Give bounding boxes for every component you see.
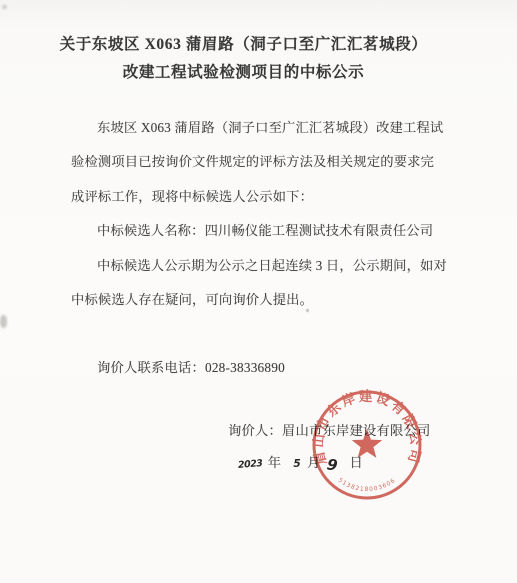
- contact-line: 询价人联系电话：028-38336890: [97, 357, 285, 376]
- handwritten-month: 5: [293, 458, 300, 470]
- contact-phone: 028-38336890: [205, 360, 285, 375]
- scanned-document-page: 关于东坡区 X063 蒲眉路（洞子口至广汇汇茗城段） 改建工程试验检测项目的中标…: [0, 0, 517, 583]
- body-line: 中标候选人名称：四川畅仪能工程测试技术有限责任公司: [71, 214, 447, 248]
- seal-code-arc: 5138218003606: [337, 478, 397, 493]
- document-body: 东坡区 X063 蒲眉路（洞子口至广汇汇茗城段）改建工程试 验检测项目已按询价文…: [71, 111, 447, 317]
- handwritten-day: 9: [325, 455, 338, 474]
- handwritten-year: 2023: [238, 458, 263, 471]
- title-line-2: 改建工程试验检测项目的中标公示: [0, 59, 487, 87]
- contact-label: 询价人联系电话：: [97, 360, 205, 375]
- inquirer-company: 眉山市东岸建设有限公司: [282, 423, 430, 438]
- body-line: 东坡区 X063 蒲眉路（洞子口至广汇汇茗城段）改建工程试: [71, 111, 447, 145]
- seal-code-text: 5138218003606: [337, 478, 397, 493]
- year-unit: 年: [268, 452, 281, 471]
- scan-speck: [306, 309, 309, 312]
- title-line-1: 关于东坡区 X063 蒲眉路（洞子口至广汇汇茗城段）: [0, 31, 487, 59]
- month-unit: 月: [307, 452, 320, 471]
- company-seal: 眉山市东岸建设有限公司 5138218003606: [311, 389, 423, 501]
- date-line: 2023 年 5 月 9 日: [238, 452, 363, 471]
- scan-smudge: [0, 315, 7, 328]
- body-line: 中标候选人存在疑问，可向询价人提出。: [71, 283, 447, 317]
- signature-line: 询价人：眉山市东岸建设有限公司: [228, 420, 430, 439]
- inquirer-label: 询价人：: [228, 423, 282, 438]
- body-line: 中标候选人公示期为公示之日起连续 3 日，公示期间，如对: [71, 249, 447, 283]
- day-unit: 日: [349, 452, 362, 471]
- scan-smudge: [2, 5, 7, 9]
- document-title: 关于东坡区 X063 蒲眉路（洞子口至广汇汇茗城段） 改建工程试验检测项目的中标…: [0, 31, 487, 86]
- body-line: 成评标工作，现将中标候选人公示如下：: [71, 180, 447, 214]
- seal-ring: [314, 392, 420, 498]
- body-line: 验检测项目已按询价文件规定的评标方法及相关规定的要求完: [71, 145, 447, 179]
